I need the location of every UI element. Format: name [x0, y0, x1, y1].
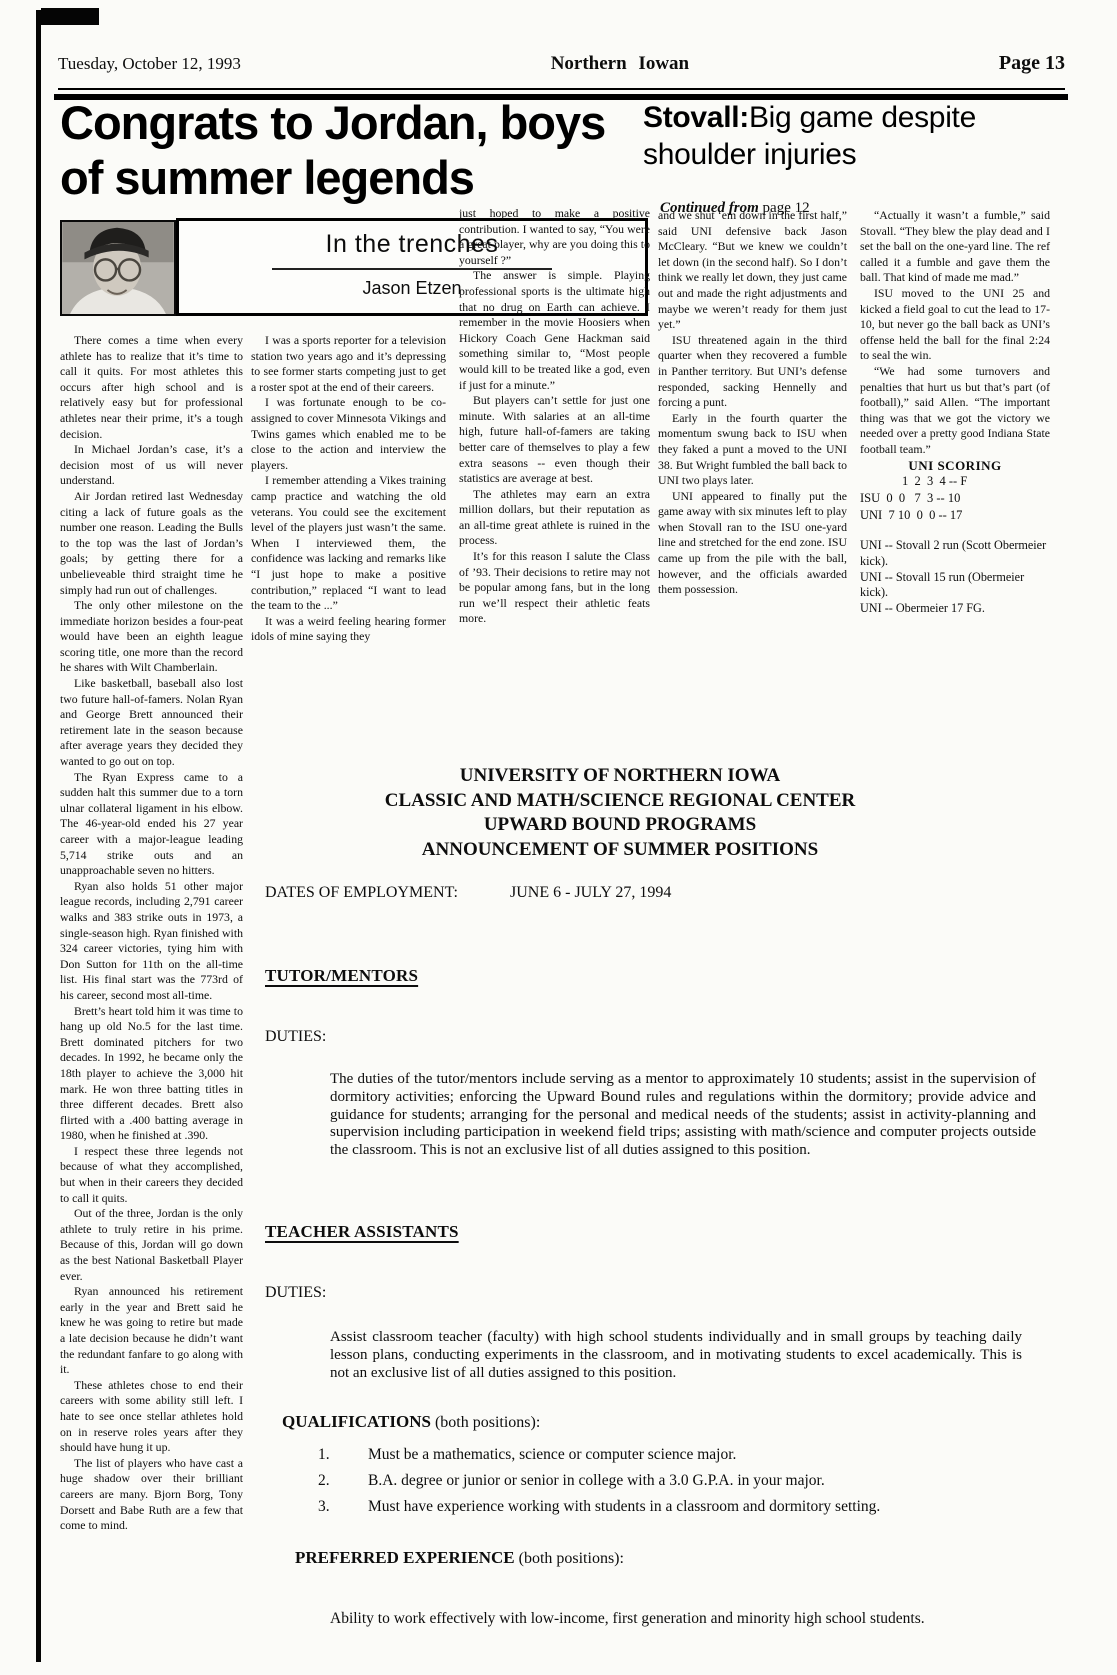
stovall-headline-kicker: Stovall: — [643, 101, 749, 134]
paragraph: Ryan also holds 51 other major league re… — [60, 879, 243, 1004]
paragraph: These athletes chose to end their career… — [60, 1378, 243, 1456]
stovall-article-column-2: “Actually it wasn’t a fumble,” said Stov… — [860, 208, 1050, 617]
scoring-play: UNI -- Stovall 2 run (Scott Obermeier ki… — [860, 538, 1050, 570]
teacher-assistants-heading: TEACHER ASSISTANTS — [265, 1222, 459, 1242]
paragraph: Ryan announced his retirement early in t… — [60, 1284, 243, 1378]
paragraph: It was a weird feeling hearing former id… — [251, 614, 446, 645]
paragraph: Brett’s heart told him it was time to ha… — [60, 1004, 243, 1144]
scoring-title: UNI SCORING — [860, 458, 1050, 474]
paragraph: ISU moved to the UNI 25 and kicked a fie… — [860, 286, 1050, 364]
paragraph: “Actually it wasn’t a fumble,” said Stov… — [860, 208, 1050, 286]
dates-of-employment: DATES OF EMPLOYMENT: JUNE 6 - JULY 27, 1… — [265, 884, 671, 902]
qualification-item: 2. B.A. degree or junior or senior in co… — [318, 1472, 1058, 1490]
dates-label: DATES OF EMPLOYMENT: — [265, 884, 458, 901]
jordan-article-column-3: just hoped to make a positive contributi… — [459, 206, 650, 627]
scoring-quarters-header: 1 2 3 4 -- F — [860, 473, 1050, 490]
stovall-article-headline: Stovall:Big game despite shoulder injuri… — [643, 100, 1043, 173]
paragraph: I respect these three legends not becaus… — [60, 1144, 243, 1206]
uni-scoring-box: UNI SCORING 1 2 3 4 -- F ISU 0 0 7 3 -- … — [860, 458, 1050, 618]
masthead-rule-thin — [58, 88, 1065, 90]
paragraph: The athletes may earn an extra million d… — [459, 487, 650, 549]
item-number: 3. — [318, 1498, 368, 1516]
item-text: Must be a mathematics, science or comput… — [368, 1446, 736, 1464]
paragraph: I was a sports reporter for a television… — [251, 333, 446, 395]
paragraph: I was fortunate enough to be co-assigned… — [251, 395, 446, 473]
qualifications-heading: QUALIFICATIONS (both positions): — [282, 1412, 540, 1432]
teacher-duties-paragraph: Assist classroom teacher (faculty) with … — [330, 1329, 1022, 1382]
scoring-row-uni: UNI 7 10 0 0 -- 17 — [860, 507, 1050, 524]
paragraph: “We had some turnovers and penalties tha… — [860, 364, 1050, 458]
paragraph: The only other milestone on the immediat… — [60, 598, 243, 676]
masthead: Tuesday, October 12, 1993 Northern Iowan… — [58, 52, 1065, 75]
paragraph: just hoped to make a positive contributi… — [459, 206, 650, 268]
preferred-experience-heading: PREFERRED EXPERIENCE (both positions): — [295, 1548, 624, 1568]
jordan-article-column-2: I was a sports reporter for a television… — [251, 333, 446, 645]
item-number: 1. — [318, 1446, 368, 1464]
paragraph: In Michael Jordan’s case, it’s a decisio… — [60, 442, 243, 489]
announcement-title: UNIVERSITY OF NORTHERN IOWA CLASSIC AND … — [270, 764, 970, 862]
paragraph: Out of the three, Jordan is the only ath… — [60, 1206, 243, 1284]
paragraph: But players can’t settle for just one mi… — [459, 393, 650, 487]
jordan-article-column-1: There comes a time when every athlete ha… — [60, 333, 243, 1643]
paragraph: The list of players who have cast a huge… — [60, 1456, 243, 1534]
scoring-play: UNI -- Stovall 15 run (Obermeier kick). — [860, 570, 1050, 602]
paragraph: There comes a time when every athlete ha… — [60, 333, 243, 442]
jordan-article-headline: Congrats to Jordan, boys of summer legen… — [60, 96, 650, 206]
dates-value: JUNE 6 - JULY 27, 1994 — [510, 884, 671, 901]
tutor-mentors-heading: TUTOR/MENTORS — [265, 966, 418, 986]
scan-edge-artifact — [36, 10, 41, 1662]
announcement-title-line: UPWARD BOUND PROGRAMS — [270, 813, 970, 838]
paragraph: and we shut ‘em down in the first half,”… — [658, 208, 847, 333]
columnist-photo-graphic — [62, 222, 174, 314]
item-text: Must have experience working with studen… — [368, 1498, 880, 1516]
masthead-paper-name: Northern Iowan — [551, 53, 689, 75]
stovall-article-column-1: and we shut ‘em down in the first half,”… — [658, 208, 847, 598]
scoring-row-isu: ISU 0 0 7 3 -- 10 — [860, 490, 1050, 507]
qualifications-list: 1. Must be a mathematics, science or com… — [318, 1446, 1058, 1524]
scoring-plays: UNI -- Stovall 2 run (Scott Obermeier ki… — [860, 538, 1050, 617]
duties-label: DUTIES: — [265, 1028, 326, 1046]
masthead-page-number: Page 13 — [999, 52, 1065, 75]
newspaper-page: Tuesday, October 12, 1993 Northern Iowan… — [0, 0, 1117, 1675]
paragraph: Early in the fourth quarter the momentum… — [658, 411, 847, 489]
tutor-duties-paragraph: The duties of the tutor/mentors include … — [330, 1071, 1036, 1160]
paragraph: Air Jordan retired last Wednesday citing… — [60, 489, 243, 598]
scoring-play: UNI -- Obermeier 17 FG. — [860, 601, 1050, 617]
announcement-title-line: ANNOUNCEMENT OF SUMMER POSITIONS — [270, 838, 970, 863]
paragraph: It’s for this reason I salute the Class … — [459, 549, 650, 627]
paragraph: ISU threatened again in the third quarte… — [658, 333, 847, 411]
paragraph: The answer is simple. Playing profession… — [459, 268, 650, 393]
duties-label: DUTIES: — [265, 1284, 326, 1302]
announcement-title-line: UNIVERSITY OF NORTHERN IOWA — [270, 764, 970, 789]
columnist-photo — [60, 220, 176, 316]
announcement-title-line: CLASSIC AND MATH/SCIENCE REGIONAL CENTER — [270, 789, 970, 814]
item-text: B.A. degree or junior or senior in colle… — [368, 1472, 825, 1490]
scan-mark-artifact — [41, 8, 99, 25]
paragraph: Like basketball, baseball also lost two … — [60, 676, 243, 770]
paragraph: UNI appeared to finally put the game awa… — [658, 489, 847, 598]
qualification-item: 3. Must have experience working with stu… — [318, 1498, 1058, 1516]
paragraph: The Ryan Express came to a sudden halt t… — [60, 770, 243, 879]
qualification-item: 1. Must be a mathematics, science or com… — [318, 1446, 1058, 1464]
masthead-date: Tuesday, October 12, 1993 — [58, 54, 241, 74]
preferred-experience-text: Ability to work effectively with low-inc… — [330, 1610, 1046, 1628]
paragraph: I remember attending a Vikes training ca… — [251, 473, 446, 613]
item-number: 2. — [318, 1472, 368, 1490]
